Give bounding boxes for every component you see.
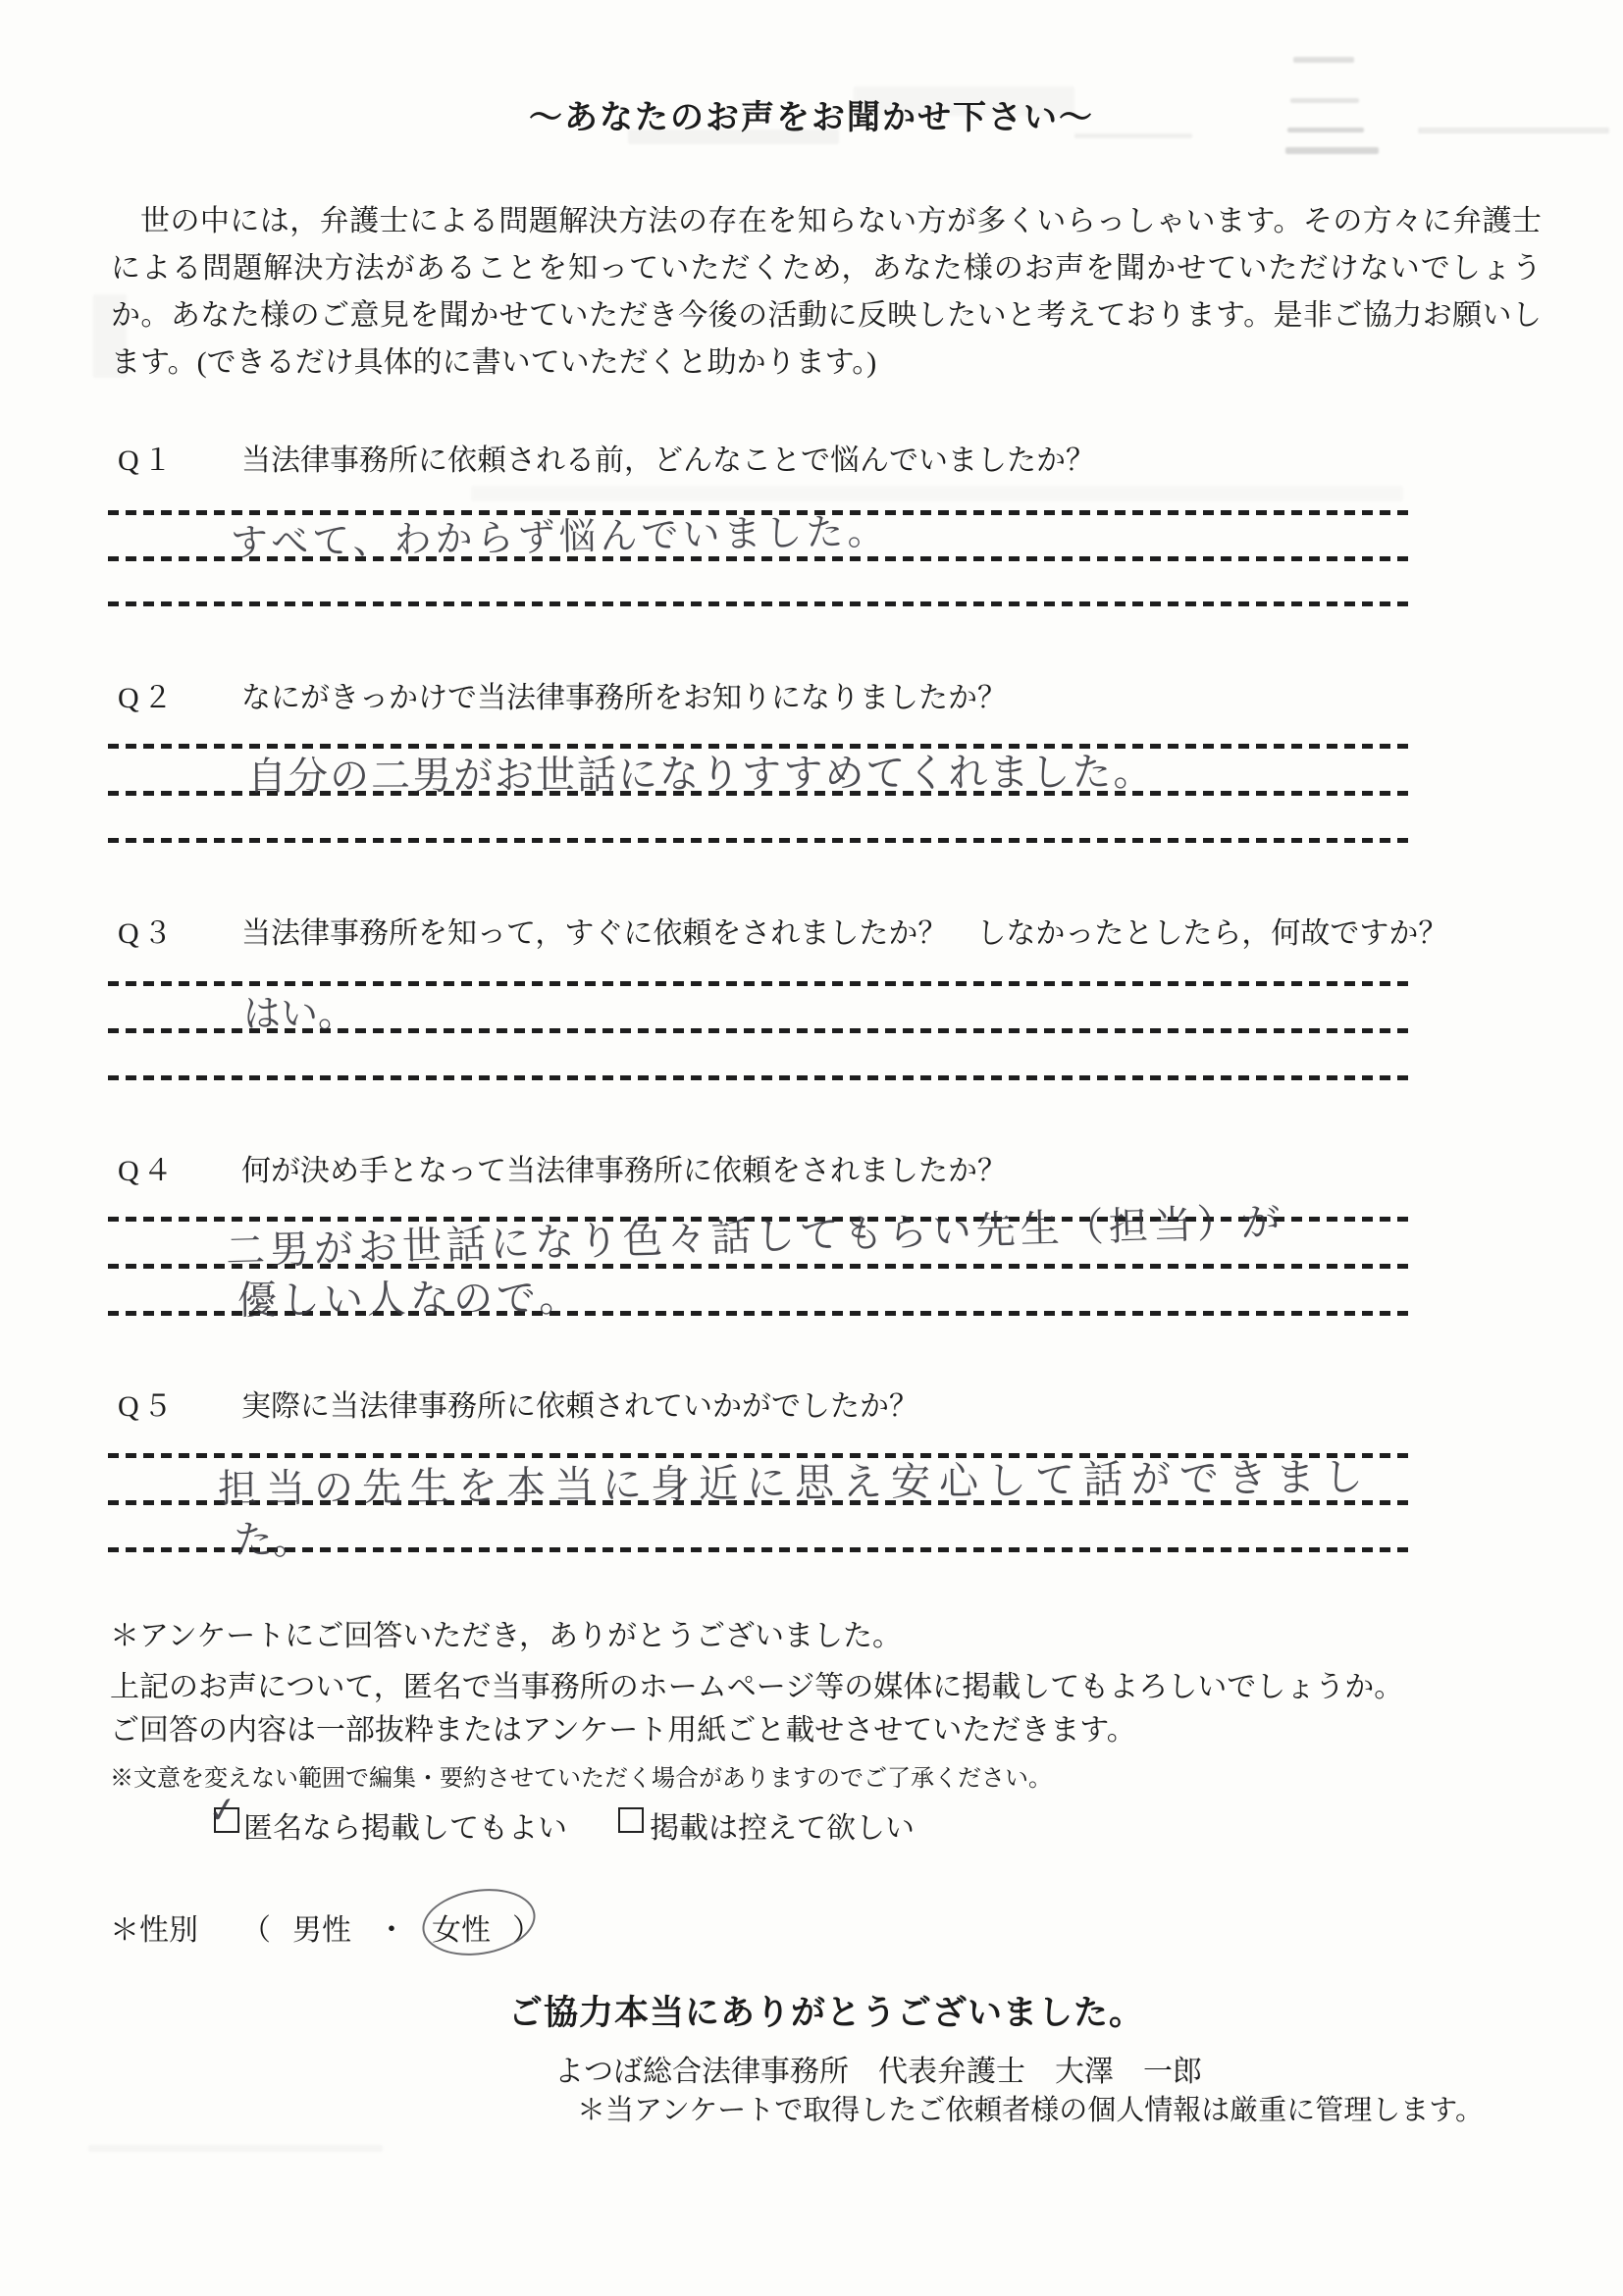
option-decline-label: 掲載は控えて欲しい	[650, 1803, 915, 1847]
option-anonymous-ok-label: 匿名なら掲載してもよい	[243, 1803, 567, 1847]
question-label: Q２	[118, 673, 241, 716]
gender-label: ＊性別	[110, 1914, 198, 1947]
question-label: Q１	[118, 436, 241, 479]
question-label: Q４	[118, 1146, 241, 1189]
question-block-q2: Q２なにがきっかけで当法律事務所をお知りになりましたか？	[118, 673, 1007, 716]
intro-paragraph: 世の中には，弁護士による問題解決方法の存在を知らない方が多くいらっしゃいます。そ…	[111, 198, 1542, 387]
question-text: 当法律事務所を知って，すぐに依頼をされましたか？ しなかったとしたら，何故ですか…	[241, 917, 1447, 950]
paren-open: （	[241, 1914, 271, 1947]
survey-sheet: ～あなたのお声をお聞かせ下さい～ 世の中には，弁護士による問題解決方法の存在を知…	[0, 0, 1623, 2296]
handwritten-answer-q3: はい。	[243, 983, 355, 1037]
closing-thanks: ご協力本当にありがとうございました。	[508, 1986, 1144, 2035]
firm-signature: よつば総合法律事務所 代表弁護士 大澤 一郎	[554, 2047, 1202, 2090]
scan-artifact	[1285, 147, 1379, 154]
question-block-q5: Q５実際に当法律事務所に依頼されていかがでしたか？	[118, 1382, 918, 1425]
page-title: ～あなたのお声をお聞かせ下さい～	[0, 90, 1623, 138]
question-text: 何が決め手となって当法律事務所に依頼をされましたか？	[241, 1155, 1007, 1187]
answer-line	[108, 601, 1408, 606]
question-block-q3: Q３当法律事務所を知って，すぐに依頼をされましたか？ しなかったとしたら，何故で…	[118, 909, 1447, 952]
publication-method: ご回答の内容は一部抜粋またはアンケート用紙ごと載せさせていただきます。	[110, 1705, 1136, 1748]
handwritten-circle-female	[418, 1881, 541, 1962]
question-text: 実際に当法律事務所に依頼されていかがでしたか？	[241, 1390, 918, 1423]
question-block-q4: Q４何が決め手となって当法律事務所に依頼をされましたか？	[118, 1146, 1007, 1189]
answer-line	[108, 838, 1408, 843]
question-label: Q５	[118, 1382, 241, 1425]
scan-artifact	[471, 486, 1403, 501]
gender-male: 男性	[292, 1914, 351, 1947]
answer-line	[108, 1075, 1408, 1080]
privacy-note: ＊当アンケートで取得したご依頼者様の個人情報は厳重に管理します。	[577, 2088, 1484, 2128]
scan-artifact	[88, 2145, 383, 2152]
question-text: なにがきっかけで当法律事務所をお知りになりましたか？	[241, 682, 1007, 714]
handwritten-answer-q1: すべて、わからず悩んでいました。	[231, 500, 889, 566]
gender-separator: ・	[377, 1914, 406, 1947]
handwritten-answer-q2: 自分の二男がお世話になりすすめてくれました。	[247, 741, 1155, 802]
publication-request: 上記のお声について，匿名で当事務所のホームページ等の媒体に掲載してもよろしいでし…	[110, 1662, 1403, 1705]
edit-note: ※文意を変えない範囲で編集・要約させていただく場合がありますのでご了承ください。	[110, 1758, 1052, 1793]
question-label: Q３	[118, 909, 241, 952]
checkbox-decline	[618, 1807, 644, 1833]
handwritten-answer-q5-line2: た。	[234, 1509, 312, 1565]
question-block-q1: Q１当法律事務所に依頼される前，どんなことで悩んでいましたか？	[118, 436, 1095, 479]
handwritten-answer-q4-line2: 優しい人なので。	[237, 1267, 583, 1326]
checkmark-icon: ✓	[205, 1788, 240, 1833]
question-text: 当法律事務所に依頼される前，どんなことで悩んでいましたか？	[241, 444, 1095, 477]
scan-artifact	[1293, 57, 1354, 63]
survey-thanks-note: ＊アンケートにご回答いただき，ありがとうございました。	[110, 1611, 902, 1654]
